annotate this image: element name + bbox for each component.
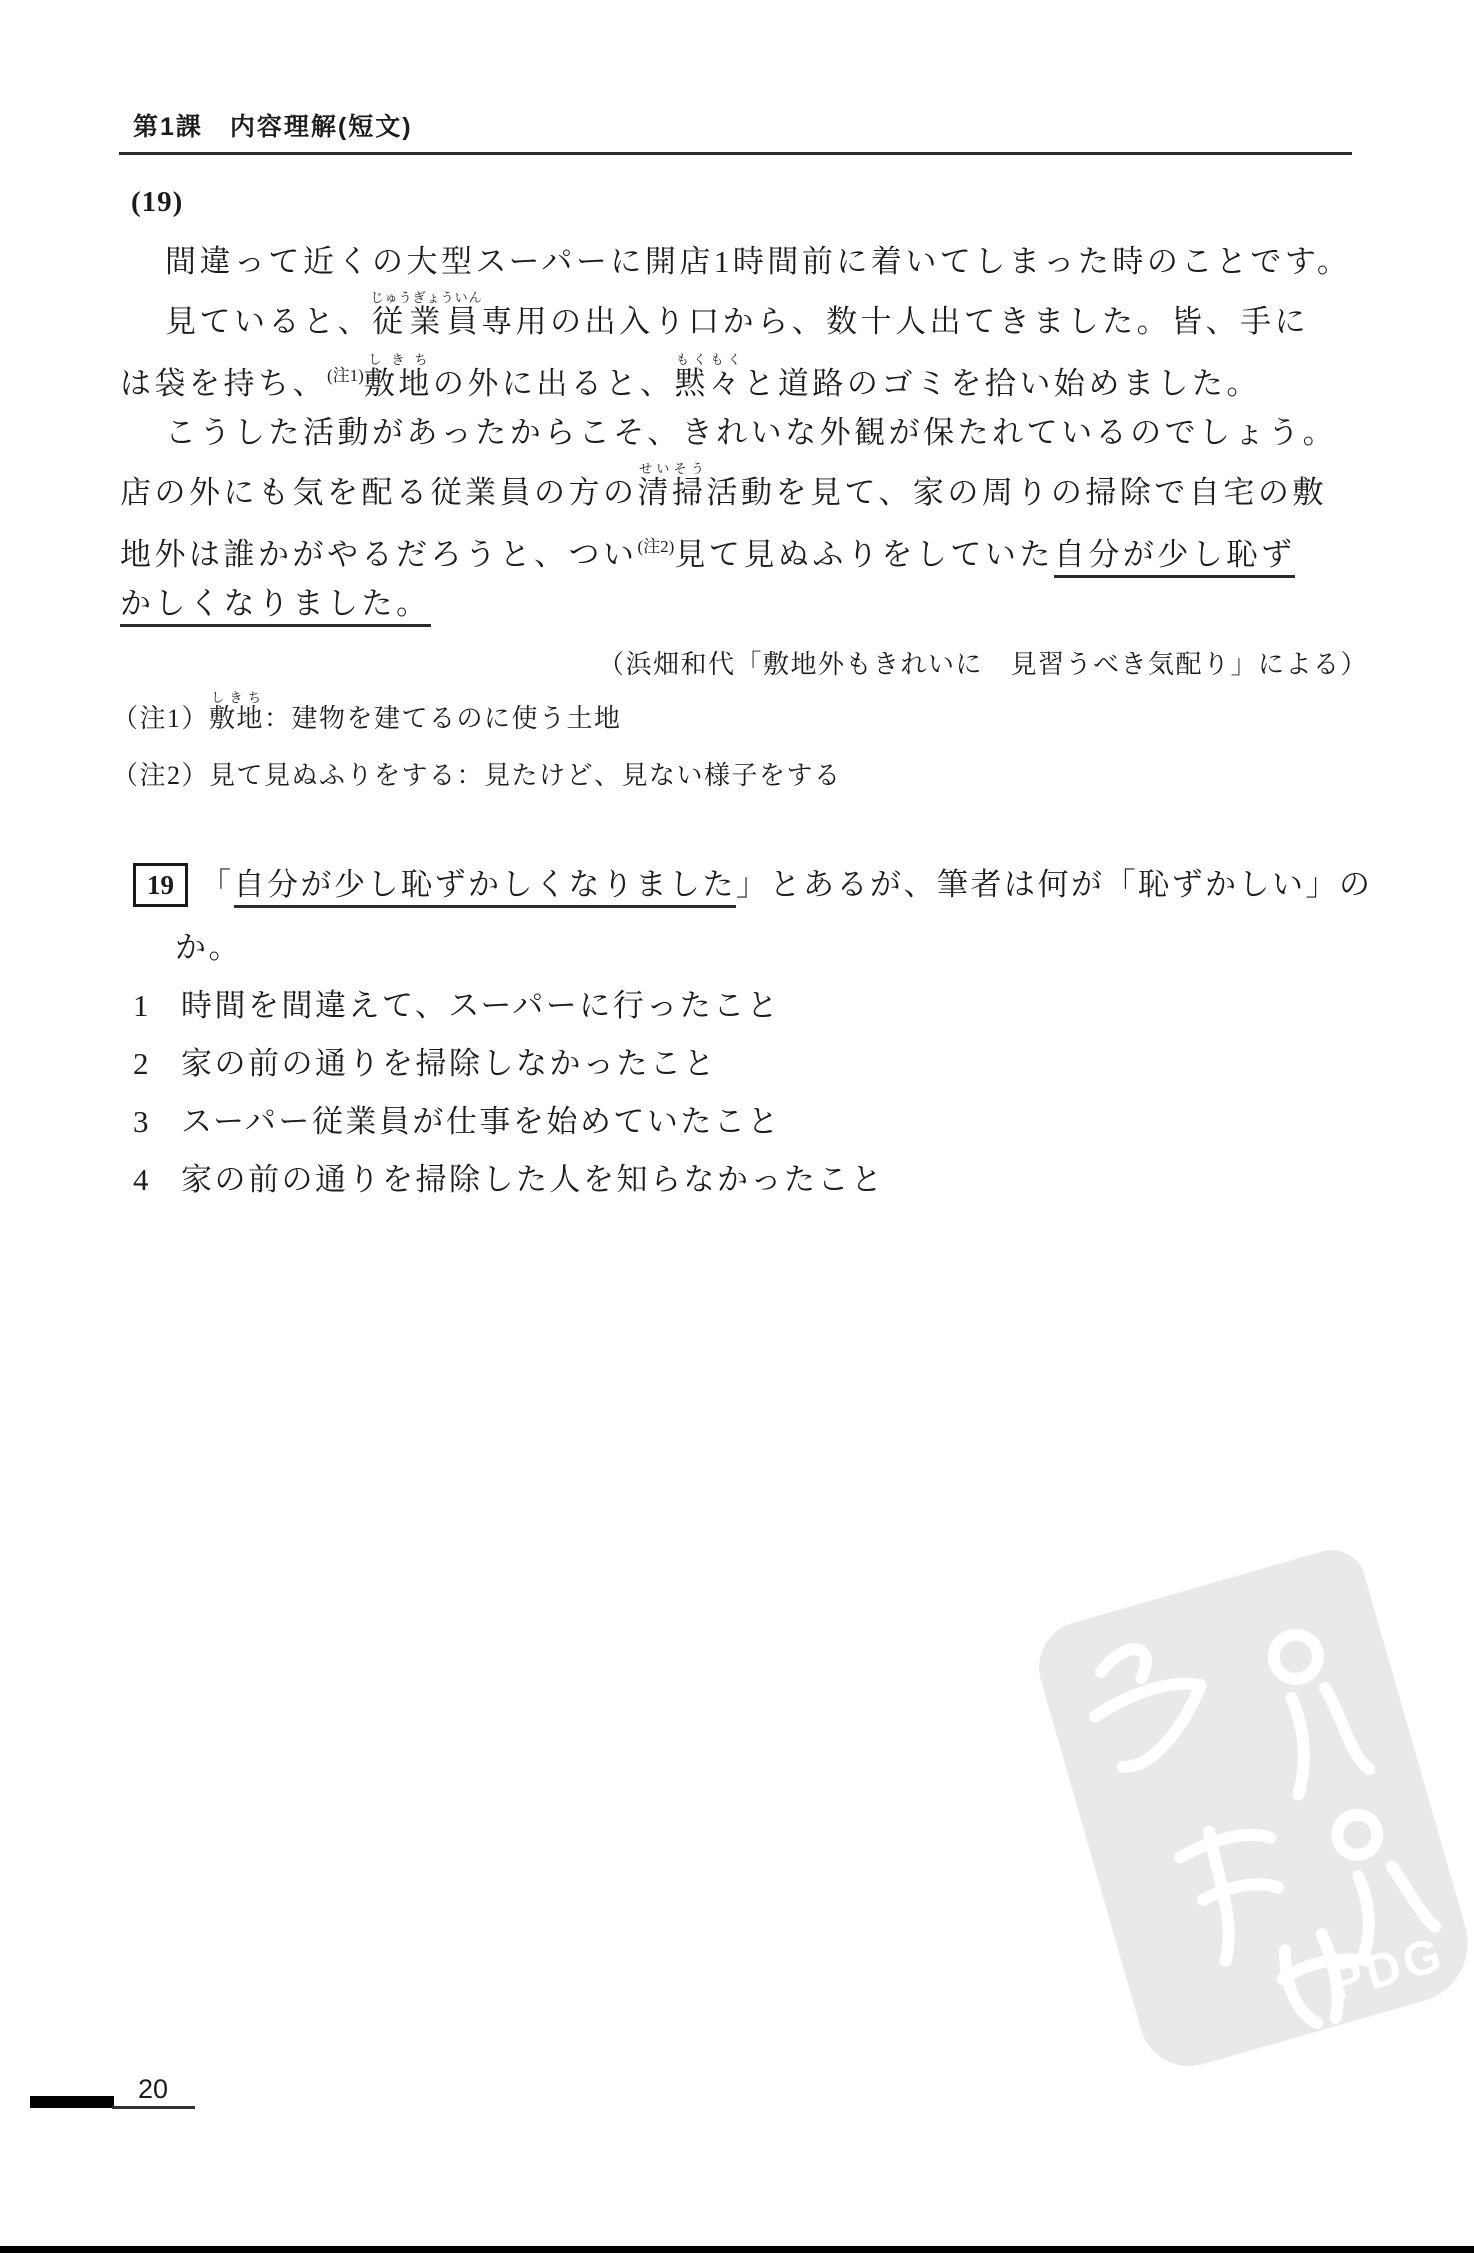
option-number: 2 [133, 1035, 181, 1093]
text-run: 」とあるが、筆者は何が「恥ずかしい」の [736, 867, 1373, 902]
text-run: 敷地しきち [209, 704, 264, 733]
text-run: 間違って近くの大型スーパーに開店1時間前に着いてしまった時のことです。 [165, 244, 1351, 279]
text-run: 見て見ぬふりをしていた [674, 537, 1054, 572]
text-run: 清掃せいそう [638, 475, 707, 510]
text-run: は袋を持ち、 [120, 366, 327, 401]
reading-passage: 間違って近くの大型スーパーに開店1時間前に着いてしまった時のことです。見ていると… [120, 233, 1360, 632]
text-run: （注1） [112, 704, 209, 733]
furigana: せいそう [638, 461, 707, 476]
option-text: 家の前の通りを掃除しなかったこと [181, 1035, 717, 1093]
text-run: 店の外にも気を配る従業員の方の [120, 475, 638, 510]
option-number: 3 [133, 1093, 181, 1151]
watermark-label: PDG [1325, 1927, 1452, 2012]
passage-line: こうした活動があったからこそ、きれいな外観が保たれているのでしょう。 [120, 404, 1360, 461]
seal-glyphs [1028, 1542, 1474, 2078]
underlined-text: かしくなりました。 [120, 586, 431, 627]
note-line: （注2）見て見ぬふりをする：見たけど、見ない様子をする [112, 747, 1412, 804]
text-run: ：建物を建てるのに使う土地 [264, 704, 622, 733]
text-run: 敷地しきち [364, 366, 433, 401]
passage-line: 間違って近くの大型スーパーに開店1時間前に着いてしまった時のことです。 [120, 233, 1360, 290]
option-number: 4 [133, 1151, 181, 1209]
text-run: 「 [200, 867, 234, 902]
text-run: こうした活動があったからこそ、きれいな外観が保たれているのでしょう。 [165, 415, 1337, 450]
furigana: しきち [209, 690, 264, 705]
watermark-shape: PDG [1028, 1542, 1474, 2078]
text-run: 地外は誰かがやるだろうと、つい [120, 537, 638, 572]
passage-line: 見ていると、従業員じゅうぎょういん専用の出入り口から、数十人出てきました。皆、手… [120, 290, 1360, 347]
option-number: 1 [133, 977, 181, 1035]
furigana: じゅうぎょういん [371, 290, 483, 305]
vocabulary-notes: （注1）敷地しきち：建物を建てるのに使う土地（注2）見て見ぬふりをする：見たけど… [112, 690, 1412, 804]
text-run: 見ていると、 [165, 304, 372, 339]
question-number-box: 19 [133, 863, 188, 907]
text-run: 専用の出入り口から、数十人出てきました。皆、手に [481, 304, 1309, 339]
furigana: もくもく [674, 352, 743, 367]
source-citation: （浜畑和代「敷地外もきれいに 見習うべき気配り」による） [120, 645, 1368, 685]
note-line: （注1）敷地しきち：建物を建てるのに使う土地 [112, 690, 1412, 747]
text-run: の外に出ると、 [433, 366, 675, 401]
passage-line: かしくなりました。 [120, 575, 1360, 632]
footer-bar [30, 2096, 114, 2108]
passage-line: は袋を持ち、(注1)敷地しきちの外に出ると、黙々もくもくと道路のゴミを拾い始めま… [120, 347, 1360, 404]
text-run: （注2）見て見ぬふりをする：見たけど、見ない様子をする [112, 761, 842, 790]
question-text-continued: か。 [133, 919, 1373, 977]
answer-options: 1時間を間違えて、スーパーに行ったこと2家の前の通りを掃除しなかったこと3スーパ… [133, 977, 1373, 1209]
text-run: 黙々もくもく [674, 366, 743, 401]
furigana: しきち [364, 352, 433, 367]
text-run: と道路のゴミを拾い始めました。 [743, 366, 1261, 401]
option-text: スーパー従業員が仕事を始めていたこと [181, 1093, 781, 1151]
question-text: 「自分が少し恥ずかしくなりました」とあるが、筆者は何が「恥ずかしい」の [200, 857, 1373, 913]
page-header: 第1課 内容理解(短文) [133, 107, 413, 143]
question-line: 19 「自分が少し恥ずかしくなりました」とあるが、筆者は何が「恥ずかしい」の [133, 857, 1373, 919]
textbook-page: 第1課 内容理解(短文) (19) 間違って近くの大型スーパーに開店1時間前に着… [0, 0, 1474, 2253]
watermark: PDG [1030, 1540, 1474, 2076]
text-run: 従業員じゅうぎょういん [372, 304, 481, 339]
passage-line: 店の外にも気を配る従業員の方の清掃せいそう活動を見て、家の周りの掃除で自宅の敷 [120, 461, 1360, 518]
option-text: 家の前の通りを掃除した人を知らなかったこと [181, 1151, 885, 1209]
passage-line: 地外は誰かがやるだろうと、つい(注2)見て見ぬふりをしていた自分が少し恥ず [120, 518, 1360, 575]
option-text: 時間を間違えて、スーパーに行ったこと [181, 977, 780, 1035]
text-run: 活動を見て、家の周りの掃除で自宅の敷 [707, 475, 1327, 510]
underlined-text: 自分が少し恥ずかしくなりました [234, 867, 737, 908]
note-reference: (注2) [638, 537, 675, 556]
header-rule [119, 152, 1352, 155]
passage-number: (19) [131, 186, 183, 219]
answer-option: 1時間を間違えて、スーパーに行ったこと [133, 977, 1373, 1035]
answer-option: 4家の前の通りを掃除した人を知らなかったこと [133, 1151, 1373, 1209]
answer-option: 3スーパー従業員が仕事を始めていたこと [133, 1093, 1373, 1151]
question-block: 19 「自分が少し恥ずかしくなりました」とあるが、筆者は何が「恥ずかしい」の か… [133, 857, 1373, 1209]
note-reference: (注1) [327, 366, 364, 385]
underlined-text: 自分が少し恥ず [1054, 537, 1296, 578]
page-bottom-edge [0, 2246, 1474, 2253]
footer-underline [112, 2106, 195, 2109]
page-number: 20 [138, 2074, 168, 2105]
answer-option: 2家の前の通りを掃除しなかったこと [133, 1035, 1373, 1093]
